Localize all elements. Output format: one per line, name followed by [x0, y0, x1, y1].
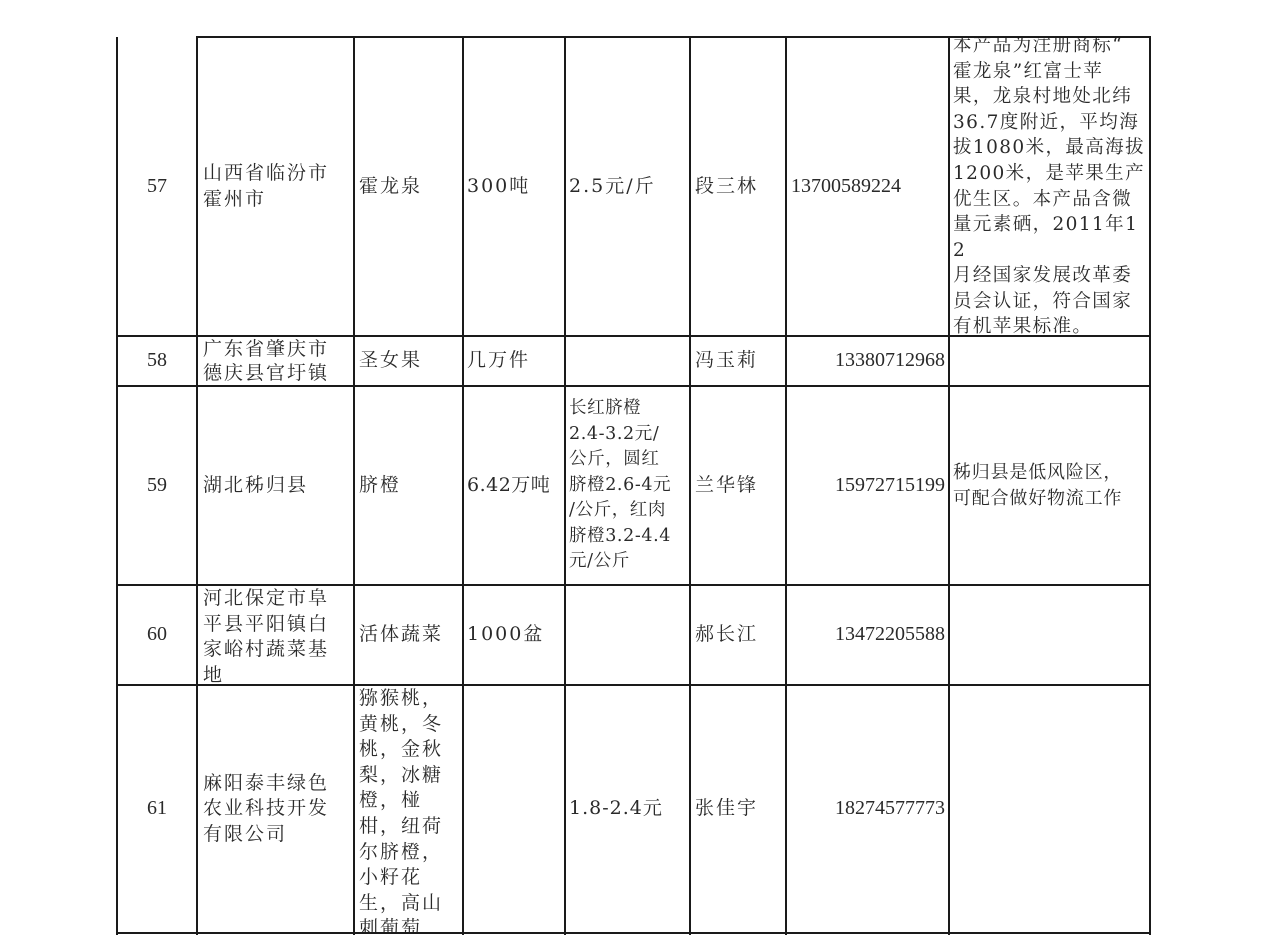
table-row-61-phone: 18274577773 — [787, 686, 948, 932]
table-row-59-phone: 15972715199 — [787, 387, 948, 584]
table-row-61-no: 61 — [118, 686, 196, 932]
table-row-60-price — [566, 586, 689, 684]
table-row-61-quantity — [464, 686, 564, 932]
table-row-61-price: 1.8-2.4元 — [566, 686, 689, 932]
table-sheet: 57 山西省临汾市 霍州市 霍龙泉 300吨 2.5元/斤 段三林 137005… — [0, 0, 1266, 935]
table-row-60-note — [950, 586, 1149, 684]
table-row-59-no: 59 — [118, 387, 196, 584]
table-row-57-phone: 13700589224 — [787, 38, 948, 335]
table-row-59-quantity: 6.42万吨 — [464, 387, 564, 584]
table-row-58-note — [950, 337, 1149, 385]
table-row-58-contact: 冯玉莉 — [691, 337, 785, 385]
table-row-60-product: 活体蔬菜 — [355, 586, 462, 684]
table-row-58-product: 圣女果 — [355, 337, 462, 385]
table-row-60-address: 河北保定市阜 平县平阳镇白 家峪村蔬菜基 地 — [198, 586, 353, 684]
table-row-57-no: 57 — [118, 38, 196, 335]
grid-line-right — [1149, 37, 1151, 935]
table-row-59-price: 长红脐橙 2.4-3.2元/ 公斤，圆红 脐橙2.6-4元 /公斤，红肉 脐橙3… — [566, 387, 689, 584]
table-row-57-contact: 段三林 — [691, 38, 785, 335]
table-row-58-price — [566, 337, 689, 385]
table-row-59-address: 湖北秭归县 — [198, 387, 353, 584]
table-row-58-address: 广东省肇庆市 德庆县官圩镇 — [198, 337, 353, 385]
table-row-57-product: 霍龙泉 — [355, 38, 462, 335]
table-row-61-contact: 张佳宇 — [691, 686, 785, 932]
table-row-58-no: 58 — [118, 337, 196, 385]
table-row-58-quantity: 几万件 — [464, 337, 564, 385]
table-row-60-no: 60 — [118, 586, 196, 684]
table-row-57-quantity: 300吨 — [464, 38, 564, 335]
table-row-60-phone: 13472205588 — [787, 586, 948, 684]
table-row-58-phone: 13380712968 — [787, 337, 948, 385]
table-row-60-quantity: 1000盆 — [464, 586, 564, 684]
table-row-59-contact: 兰华锋 — [691, 387, 785, 584]
table-row-57-note: 本产品为注册商标“ 霍龙泉”红富士苹 果，龙泉村地处北纬 36.7度附近，平均海… — [950, 38, 1149, 335]
grid-line-bottom — [116, 932, 1151, 934]
table-row-57-price: 2.5元/斤 — [566, 38, 689, 335]
table-row-57-address: 山西省临汾市 霍州市 — [198, 38, 353, 335]
table-row-61-product: 猕猴桃， 黄桃，冬 桃，金秋 梨，冰糖 橙，椪 柑，纽荷 尔脐橙， 小籽花 生，… — [355, 686, 462, 932]
table-row-61-note — [950, 686, 1149, 932]
table-row-60-contact: 郝长江 — [691, 586, 785, 684]
table-row-59-product: 脐橙 — [355, 387, 462, 584]
table-row-61-address: 麻阳泰丰绿色 农业科技开发 有限公司 — [198, 686, 353, 932]
table-row-59-note: 秭归县是低风险区， 可配合做好物流工作 — [950, 387, 1149, 584]
